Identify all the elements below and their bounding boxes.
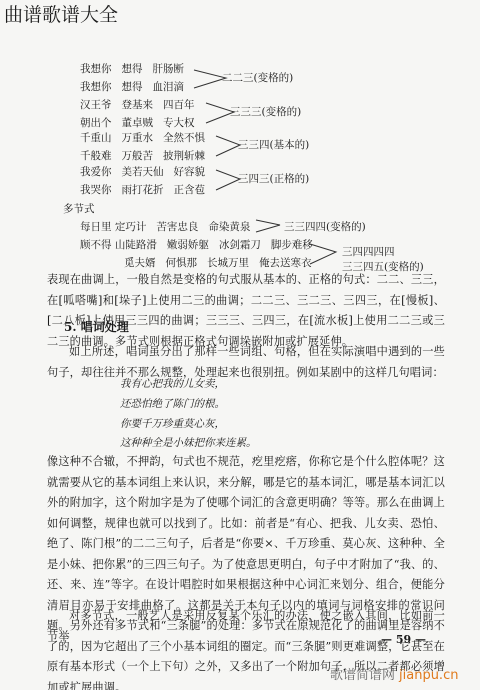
poem-line: 还恐怕绝了陈门的根。 (120, 399, 225, 410)
example-line: 千重山 万重水 全然不惧 (80, 133, 205, 144)
section-title: 5. 唱词处理 (64, 318, 129, 335)
watermark: 歌谱简谱网jianpu.cn (330, 664, 458, 683)
pattern-label: 三三三(变格的) (230, 107, 301, 118)
multi-section-heading: 多节式 (63, 204, 95, 215)
example-line: 千般难 万般苦 披荆斩棘 (80, 151, 205, 162)
example-line: 每日里 定巧计 苦害忠良 命染黄泉 (80, 222, 250, 233)
poem-line: 我有心把我的儿女卖， (120, 379, 225, 390)
bracket-icon (254, 218, 282, 234)
example-line: 朝出个 董卓贼 专大权 (80, 118, 195, 129)
example-line: 我想你 想得 肝肠断 (80, 64, 184, 75)
watermark-en: jianpu.cn (399, 668, 458, 683)
bracket-icon (308, 240, 338, 266)
page-header-title: 曲谱歌谱大全 (4, 0, 118, 27)
body-paragraph: 如上所述，唱词虽分出了那样一些词组、句格，但在实际演唱中遇到的一些句子，却往往并… (47, 342, 445, 383)
example-line: 我哭你 雨打花折 正含苞 (80, 185, 205, 196)
pattern-label: 二二三(变格的) (222, 73, 293, 84)
body-paragraph: 像这种不合辙，不押韵，句式也不规范，疙里疙瘩，你称它是个什么腔体呢？这就需要从它… (47, 452, 445, 690)
example-line: 觅夫婿 何惧那 长城万里 俺去送寒衣 (124, 258, 312, 269)
pattern-label: 三四四四四 (342, 247, 395, 258)
example-line: 顾不得 山陡路滑 嫩弱娇躯 冰剑霜刀 脚步难移 (80, 240, 313, 251)
example-line: 我爱你 美若天仙 好容貌 (80, 167, 205, 178)
poem-line: 这种种全是小妹把你来连累。 (120, 438, 257, 449)
example-line: 汉王爷 登基来 四百年 (80, 100, 195, 111)
body-paragraph: 表现在曲调上，一般自然是变格的句式服从基本的、正格的句式：二二、三三，在[呱嗒嘴… (47, 270, 445, 352)
example-line: 我想你 想得 血泪滴 (80, 82, 184, 93)
watermark-cn: 歌谱简谱网 (330, 668, 395, 683)
pattern-label: 三三四四(变格的) (284, 222, 366, 233)
pattern-label: 三四三(正格的) (238, 174, 309, 185)
page-number: — 59 — (381, 633, 426, 646)
pattern-label: 三三四(基本的) (238, 140, 309, 151)
poem-line: 你要千万珍重莫心灰， (120, 419, 225, 430)
